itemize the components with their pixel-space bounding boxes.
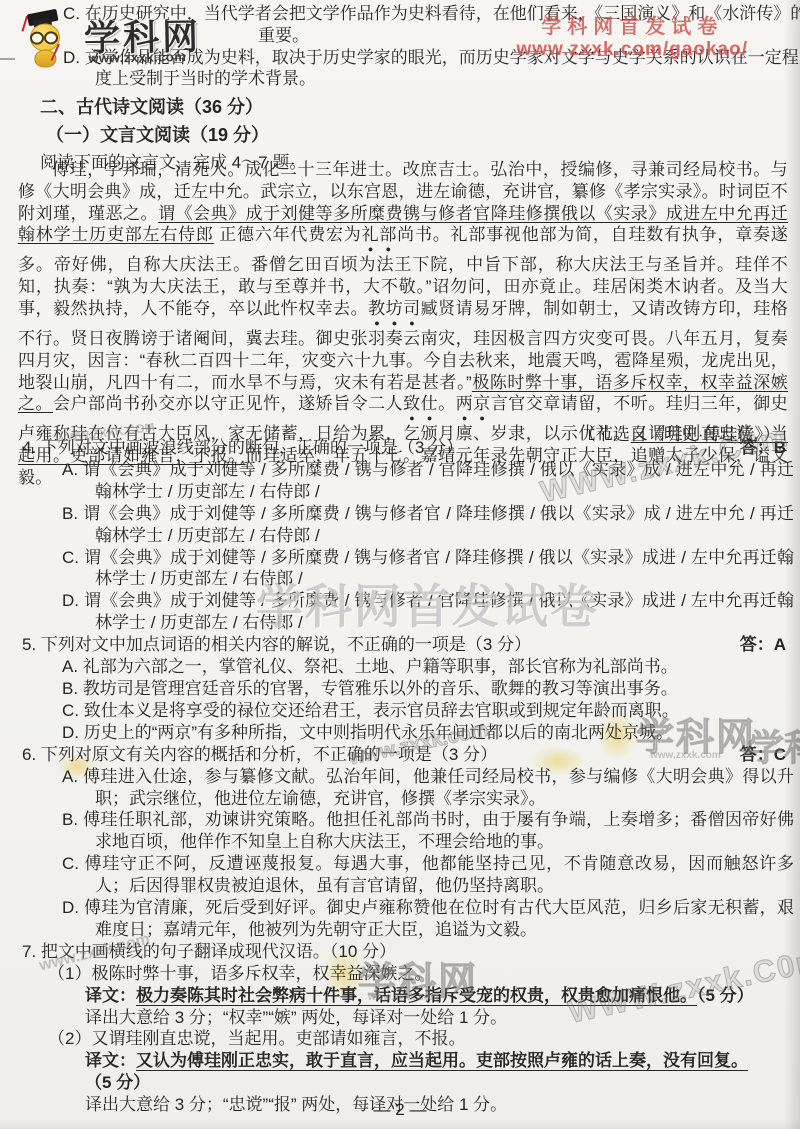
q5-option-a: A. 礼部为六部之一，掌管礼仪、祭祀、土地、户籍等职事，部长官称为礼部尚书。 (0, 656, 800, 678)
q5-option-c: C. 致仕本义是将享受的禄位交还给君王，表示官员辞去官职或到规定年龄而离职。 (0, 700, 800, 722)
passage-segment: 。 (438, 394, 456, 413)
q4-option-a: A. 谓《会典》成于刘健等 / 多所糜费 / 镌与修者 / 官降珪修撰 / 俄以… (0, 459, 800, 503)
question-number: 4. (22, 438, 36, 457)
option-text: 礼部为六部之一，掌管礼仪、祭祀、土地、户籍等职事，部长官称为礼部尚书。 (83, 657, 678, 676)
passage-segment-dotted: 致仕 (403, 394, 438, 413)
option-label: D. (62, 723, 79, 742)
question-6-stem: 6. 下列对原文有关内容的概括和分析，不正确的一项是（3 分）答：C (0, 744, 800, 766)
q7-part1-translation: 译文：极力奏陈其时社会弊病十件事，话语多指斥受宠的权贵，权贵愈加痛恨他。（5 分… (0, 985, 800, 1007)
translation-answer: 又认为傅珪刚正忠实，敢于直言，应当起用。吏部按照卢雍的话上奏，没有回复。 (136, 1051, 748, 1070)
option-text: 历史上的“两京”有多种所指，文中则指明代永乐年间迁都以后的南北两处京城。 (84, 723, 673, 742)
scan-edge-shadow (784, 0, 800, 1129)
option-text: 傅珪为官清廉，死后受到好评。御史卢雍称赞他在位时有古代大臣风范，归乡后家无积蓄，… (84, 898, 794, 939)
stem-text: 下列对原文有关内容的概括和分析，不正确的一项是（3 分） (41, 745, 497, 764)
zxxk-logo: 学科网 www.zxxk.com (13, 2, 244, 72)
option-label: A. (62, 767, 78, 786)
red-watermark-stamp: 学科网首发试卷 www.zxxk.com/gaokao/ (516, 10, 748, 61)
answer-badge: 答：B (740, 437, 786, 459)
q7-part2-sentence: （2）又谓珪刚直忠谠，当起用。吏部请如雍言，不报。 (0, 1028, 800, 1050)
stem-text: 把文中画横线的句子翻译成现代汉语。（10 分） (41, 942, 396, 961)
q4-option-d: D. 谓《会典》成于刘健等 / 多所糜费 / 镌与修者 / 官降珪修撰 / 俄以… (0, 590, 800, 634)
option-label: C. (62, 701, 79, 720)
option-text: 傅珪任职礼部，劝谏讲究策略。他担任礼部尚书时，由于屡有争端，上奏增多；番僧因帝好… (83, 810, 794, 851)
option-text: 教坊司是管理宫廷音乐的官署，专管雅乐以外的音乐、歌舞的教习等演出事务。 (83, 679, 678, 698)
passage-segment-dotted: 两京 (456, 394, 491, 413)
option-label: B. (62, 679, 78, 698)
sentence-text: 极陈时弊十事，语多斥权幸，权幸益深嫉之。 (91, 964, 431, 983)
option-text: 傅珪进入仕途，参与纂修文献。弘治年间，他兼任司经局校书，参与编修《大明会典》得以… (83, 767, 794, 808)
option-label: A. (62, 460, 78, 479)
questions-block: 4. 下列对文中画波浪线部分的断句，正确的一项是（3 分）答：B A. 谓《会典… (0, 437, 800, 1116)
scan-bottom-shadow (0, 1119, 800, 1129)
option-label: C. (62, 548, 79, 567)
translation-answer: 极力奏陈其时社会弊病十件事，话语多指斥受宠的权贵，权贵愈加痛恨他。 (136, 986, 697, 1005)
stamp-url: www.zxxk.com/gaokao/ (516, 39, 748, 61)
q7-part1-sentence: （1）极陈时弊十事，语多斥权幸，权幸益深嫉之。 (0, 963, 800, 985)
q7-part1-scoring-note: 译出大意给 3 分；“权幸”“嫉” 两处，每译对一处给 1 分。 (0, 1007, 800, 1029)
score-note: （5 分） (697, 986, 754, 1005)
question-4-stem: 4. 下列对文中画波浪线部分的断句，正确的一项是（3 分）答：B (0, 437, 800, 459)
question-number: 7. (22, 942, 36, 961)
logo-site-url: www.zxxk.com (88, 49, 186, 66)
answer-badge: 答：A (740, 634, 786, 656)
sentence-text: 又谓珪刚直忠谠，当起用。吏部请如雍言，不报。 (91, 1029, 465, 1048)
score-note: （5 分） (85, 1073, 150, 1092)
q5-option-b: B. 教坊司是管理宫廷音乐的官署，专管雅乐以外的音乐、歌舞的教习等演出事务。 (0, 678, 800, 700)
option-text: 谓《会典》成于刘健等 / 多所糜费 / 镌与修者官 / 降珪修撰 / 俄以《实录… (84, 548, 794, 589)
option-text: 致仕本义是将享受的禄位交还给君王，表示官员辞去官职或到规定年龄而离职。 (84, 701, 679, 720)
q6-option-d: D. 傅珪为官清廉，死后受到好评。御史卢雍称赞他在位时有古代大臣风范，归乡后家无… (0, 897, 800, 941)
q6-option-b: B. 傅珪任职礼部，劝谏讲究策略。他担任礼部尚书时，由于屡有争端，上奏增多；番僧… (0, 809, 800, 853)
scanned-exam-page: C. 在历史研究中，当代学者会把文学作品作为史料看待，在他们看来，《三国演义》和… (0, 0, 800, 1129)
part-label: （2） (48, 1029, 91, 1048)
q5-option-d: D. 历史上的“两京”有多种所指，文中则指明代永乐年间迁都以后的南北两处京城。 (0, 722, 800, 744)
q7-part2-translation: 译文：又认为傅珪刚正忠实，敢于直言，应当起用。吏部按照卢雍的话上奏，没有回复。（… (0, 1050, 800, 1094)
part-label: （1） (48, 964, 91, 983)
option-label: B. (62, 810, 78, 829)
translation-label: 译文： (85, 986, 136, 1005)
q6-option-c: C. 傅珪守正不阿，反遭诬蔑报复。每遇大事，他都能坚持己见，不肯随意改易，因而触… (0, 853, 800, 897)
option-label: D. (62, 898, 79, 917)
answer-badge: 答：C (740, 744, 786, 766)
question-number: 6. (22, 745, 36, 764)
question-7-stem: 7. 把文中画横线的句子翻译成现代汉语。（10 分） (0, 941, 800, 963)
zxxk-mascot-icon (20, 13, 85, 70)
option-text: 谓《会典》成于刘健等 / 多所糜费 / 镌与修者 / 官降珪修撰 / 俄以《实录… (83, 460, 794, 501)
section-subtitle: （一）文言文阅读（19 分） (0, 121, 800, 149)
stem-text: 下列对文中加点词语的相关内容的解说，不正确的一项是（3 分） (41, 635, 531, 654)
option-label: C. (62, 854, 79, 873)
translation-label: 译文： (85, 1051, 136, 1070)
question-number: 5. (22, 635, 36, 654)
passage-segment: 正德六年代费宏为 (214, 225, 362, 244)
option-text: 傅珪守正不阿，反遭诬蔑报复。每遇大事，他都能坚持己见，不肯随意改易，因而触怒许多… (84, 854, 794, 895)
option-label: B. (62, 504, 78, 523)
option-text: 谓《会典》成于刘健等 / 多所糜费 / 镌与修者 / 官降珪修撰 / 俄以《实录… (84, 591, 794, 632)
option-label: D. (62, 591, 79, 610)
q6-option-a: A. 傅珪进入仕途，参与纂修文献。弘治年间，他兼任司经局校书，参与编修《大明会典… (0, 766, 800, 810)
page-number: — 2 — (0, 1100, 800, 1120)
option-text-fragment: 重要。 (258, 26, 309, 45)
margin-artifact: — (0, 50, 15, 67)
stem-text: 下列对文中画波浪线部分的断句，正确的一项是（3 分） (41, 438, 463, 457)
stamp-title: 学科网首发试卷 (516, 10, 748, 39)
passage-segment-dotted: 礼部 (362, 225, 398, 244)
passage-segment: 会户部尚书孙交亦以守正见忤，遂矫旨令二人 (53, 394, 403, 413)
option-label: A. (62, 657, 78, 676)
section-title: 二、古代诗文阅读（36 分） (0, 93, 800, 121)
option-text: 谓《会典》成于刘健等 / 多所糜费 / 镌与修者官 / 降珪修撰 / 俄以《实录… (83, 504, 794, 545)
q4-option-b: B. 谓《会典》成于刘健等 / 多所糜费 / 镌与修者官 / 降珪修撰 / 俄以… (0, 503, 800, 547)
passage-segment-dotted: 教坊司 (368, 299, 421, 318)
question-5-stem: 5. 下列对文中加点词语的相关内容的解说，不正确的一项是（3 分）答：A (0, 634, 800, 656)
q4-option-c: C. 谓《会典》成于刘健等 / 多所糜费 / 镌与修者官 / 降珪修撰 / 俄以… (0, 547, 800, 591)
